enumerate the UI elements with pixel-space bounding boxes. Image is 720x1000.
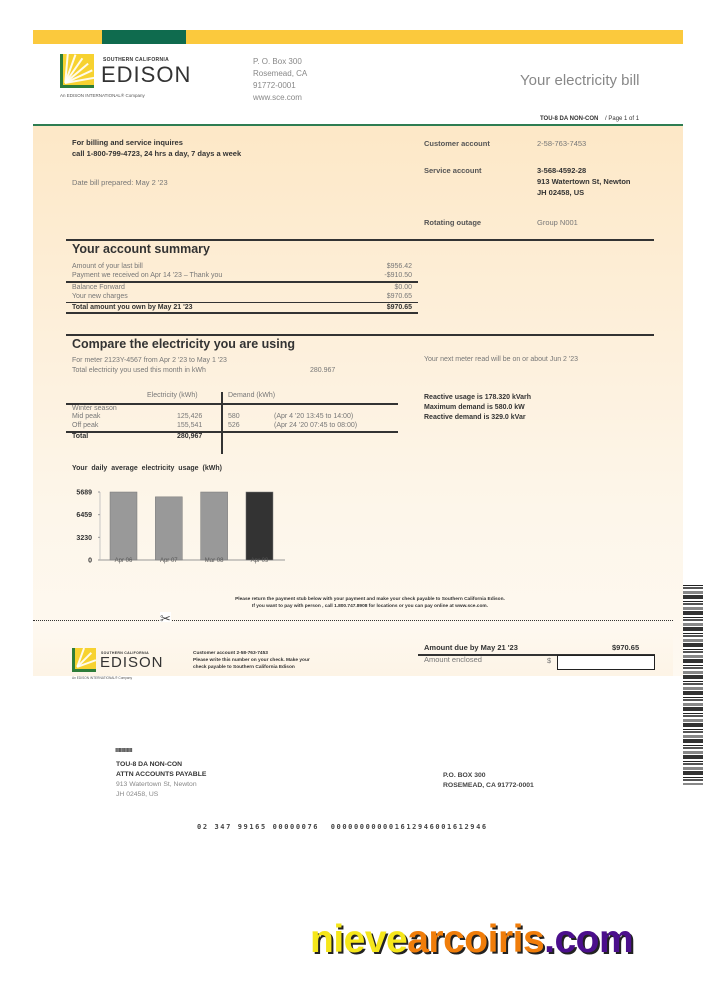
service-account-value: 3-568-4592-28 (537, 165, 630, 176)
summary-total-row: Total amount you own by May 21 '23$970.6… (72, 303, 412, 312)
row-label: Amount of your last bill (72, 262, 143, 271)
logo-tagline: An EDISON INTERNATIONAL® Company (60, 93, 145, 98)
summary-row: Payment we received on Apr 14 '23 – Than… (72, 271, 412, 280)
total-usage-value: 280.967 (310, 366, 335, 376)
remit-address: P.O. BOX 300 ROSEMEAD, CA 91772-0001 (443, 771, 534, 791)
edison-sun-logo-icon (60, 54, 94, 88)
max-demand: Maximum demand is 580.0 kW (424, 403, 531, 413)
reactive-demand: Reactive demand is 329.0 kVar (424, 413, 531, 423)
mailing-address: TOU-8 DA NON-CON ATTN ACCOUNTS PAYABLE 9… (116, 760, 206, 800)
watermark-part: .com (544, 918, 633, 961)
row-when: (Apr 24 '20 07:45 to 08:00) (274, 422, 357, 429)
svg-text:5689: 5689 (76, 490, 92, 497)
row-kwh: 155,541 (177, 422, 202, 429)
col-demand: Demand (kWh) (228, 392, 275, 399)
summary-rule (66, 312, 418, 314)
svg-text:3230: 3230 (76, 535, 92, 542)
table-total-row: Total 280,967 (72, 433, 392, 442)
date-prepared: Date bill prepared: May 2 '23 (72, 177, 168, 188)
ocr-scanline: 02 347 99165 00000076 000000000001612946… (197, 823, 488, 831)
watermark-part: arcoiris (407, 918, 544, 961)
inquiries-line: For billing and service inquires (72, 137, 241, 148)
row-label: Off peak (72, 422, 98, 429)
svg-text:Apr 09: Apr 09 (251, 558, 269, 564)
row-value: $970.65 (387, 292, 412, 301)
meter-info: For meter 2123Y-4567 from Apr 2 '23 to M… (72, 356, 227, 376)
customer-account-value: 2-58-763-7453 (537, 138, 586, 149)
reactive-usage: Reactive usage is 178.320 kVarh (424, 393, 531, 403)
svg-text:Mar 08: Mar 08 (205, 558, 224, 564)
chart-bar (155, 497, 182, 560)
row-label: Your new charges (72, 292, 128, 301)
rate-plan-page: TOU-8 DA NON-CON / Page 1 of 1 (540, 116, 639, 122)
logo-name: EDISON (101, 62, 191, 88)
stub-instructions: Customer account 2-58-763-7453 Please wr… (193, 650, 310, 671)
svg-text:0: 0 (88, 558, 92, 565)
table-row: Off peak 155,541 526 (Apr 24 '20 07:45 t… (72, 422, 392, 431)
compare-title: Compare the electricity you are using (72, 337, 295, 351)
bill-title: Your electricity bill (520, 72, 640, 89)
row-demand: 580 (228, 413, 240, 420)
summary-row: Amount of your last bill$956.42 (72, 262, 412, 271)
usage-bar-chart: 0323064595689Apr 06Apr 07Mar 08Apr 09 (60, 475, 300, 575)
amount-due-value: $970.65 (612, 643, 639, 652)
service-address: JH 02458, US (537, 187, 630, 198)
stub-edison-logo-icon (72, 648, 96, 672)
remit-notice-line: Please return the payment stub below wit… (160, 596, 580, 603)
chart-bar (246, 492, 273, 560)
mailing-line: 913 Watertown St, Newton (116, 780, 206, 790)
service-account-block: 3-568-4592-28 913 Watertown St, Newton J… (537, 165, 630, 198)
address-line: 91772-0001 (253, 80, 307, 92)
row-demand: 526 (228, 422, 240, 429)
website-link[interactable]: www.sce.com (253, 92, 307, 104)
total-usage-label: Total electricity you used this month in… (72, 367, 206, 374)
currency-symbol: $ (547, 656, 551, 665)
top-color-bar-accent (102, 30, 186, 44)
service-address: 913 Watertown St, Newton (537, 176, 630, 187)
side-barcode (683, 585, 703, 785)
row-value: $970.65 (387, 303, 412, 312)
chart-bar (201, 492, 228, 560)
postal-barcode: ˡᴵˡˡᴵˡᴵˡˡᴵᴵˡˡᴵˡˡᴵᴵˡᴵˡˡᴵˡᴵᴵˡˡᴵ (115, 748, 132, 758)
next-meter-read: Your next meter read will be on or about… (424, 356, 578, 363)
customer-account-label: Customer account (424, 138, 490, 149)
amount-due-label: Amount due by May 21 '23 (424, 643, 518, 652)
service-account-label: Service account (424, 165, 482, 176)
total-label: Total (72, 433, 88, 440)
chart-title: Your daily average electricity usage (kW… (72, 465, 222, 472)
rate-plan: TOU-8 DA NON-CON (540, 116, 598, 122)
stub-instruction-line: check payable to Southern California Edi… (193, 664, 310, 671)
rotating-outage-label: Rotating outage (424, 217, 481, 228)
summary-top-rule (66, 239, 654, 241)
stub-instruction-line: Please write this number on your check. … (193, 657, 310, 664)
address-line: P. O. Box 300 (253, 56, 307, 68)
row-value: $956.42 (387, 262, 412, 271)
stub-logo-name: EDISON (100, 654, 164, 671)
company-address: P. O. Box 300 Rosemead, CA 91772-0001 ww… (253, 56, 307, 104)
row-label: Total amount you own by May 21 '23 (72, 303, 193, 312)
row-label: Payment we received on Apr 14 '23 – Than… (72, 271, 222, 280)
watermark-part: nieve (310, 918, 407, 961)
inquiries-phone: call 1-800-799-4723, 24 hrs a day, 7 day… (72, 148, 241, 159)
row-label: Balance Forward (72, 283, 125, 292)
mailing-line: JH 02458, US (116, 790, 206, 800)
stub-customer-account: Customer account 2-58-763-7453 (193, 650, 310, 657)
chart-bar (110, 492, 137, 560)
mailing-line: ATTN ACCOUNTS PAYABLE (116, 770, 206, 780)
address-line: Rosemead, CA (253, 68, 307, 80)
summary-title: Your account summary (72, 242, 210, 256)
amount-enclosed-label: Amount enclosed (424, 655, 482, 664)
svg-text:6459: 6459 (76, 512, 92, 519)
rotating-outage-value: Group N001 (537, 217, 578, 228)
cut-line (33, 620, 673, 621)
demand-info: Reactive usage is 178.320 kVarh Maximum … (424, 393, 531, 423)
total-kwh: 280,967 (177, 433, 202, 440)
meter-line: For meter 2123Y-4567 from Apr 2 '23 to M… (72, 356, 227, 366)
season-label: Winter season (72, 405, 392, 414)
remit-address-line: P.O. BOX 300 (443, 771, 534, 781)
svg-text:Apr 07: Apr 07 (160, 558, 178, 564)
row-value: $0.00 (394, 283, 412, 292)
inquiries-block: For billing and service inquires call 1-… (72, 137, 241, 159)
summary-row: Balance Forward$0.00 (72, 283, 412, 292)
table-row: Mid peak 125,426 580 (Apr 4 '20 13:45 to… (72, 413, 392, 422)
table-divider (221, 392, 223, 454)
remit-notice-line: If you want to pay with person , call 1.… (160, 603, 580, 610)
usage-table: Electricity (kWh) Demand (kWh) Winter se… (72, 392, 392, 442)
summary-row: Your new charges$970.65 (72, 292, 412, 301)
account-summary: Amount of your last bill$956.42 Payment … (72, 262, 412, 314)
row-label: Mid peak (72, 413, 100, 420)
svg-text:Apr 06: Apr 06 (115, 558, 133, 564)
compare-top-rule (66, 334, 654, 336)
col-electricity: Electricity (kWh) (147, 392, 198, 399)
stub-logo-tagline: An EDISON INTERNATIONAL® Company (72, 676, 132, 680)
row-kwh: 125,426 (177, 413, 202, 420)
row-when: (Apr 4 '20 13:45 to 14:00) (274, 413, 353, 420)
amount-enclosed-input[interactable] (557, 655, 655, 670)
remit-address-line: ROSEMEAD, CA 91772-0001 (443, 781, 534, 791)
remit-notice: Please return the payment stub below wit… (160, 596, 580, 610)
page-indicator: / Page 1 of 1 (605, 116, 639, 122)
mailing-line: TOU-8 DA NON-CON (116, 760, 206, 770)
row-value: -$910.50 (384, 271, 412, 280)
watermark-logo: nievearcoiris.com (310, 918, 633, 962)
